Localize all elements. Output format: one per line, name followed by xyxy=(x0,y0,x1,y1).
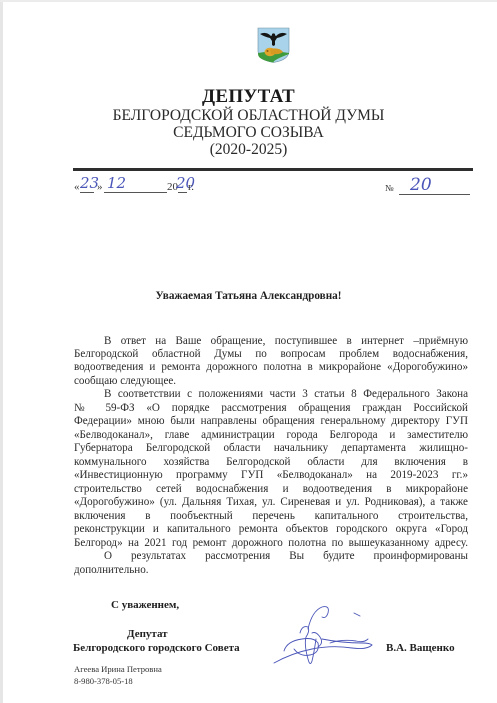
body-line: Белгородской областной Думы по вопросам … xyxy=(74,348,468,361)
body-line: реконструкции и капитального ремонта объ… xyxy=(74,523,468,536)
signer-position-line-1: Депутат xyxy=(127,628,168,640)
date-close-quote: » xyxy=(97,181,103,193)
document-number-handwritten: 20 xyxy=(410,175,432,195)
body-line: «Белводоканал», главе администрации горо… xyxy=(74,429,468,442)
body-line: строительство сетей водоснабжения и водо… xyxy=(74,483,468,496)
header-divider xyxy=(73,168,473,171)
number-label: № xyxy=(385,183,394,193)
header-line-2: СЕДЬМОГО СОЗЫВА xyxy=(0,124,497,142)
executor-phone: 8-980-378-05-18 xyxy=(74,676,133,686)
date-number-row: « 23 » 12 20 20 г. № 20 xyxy=(73,177,473,197)
body-line: коммунального хозяйства Белгородской обл… xyxy=(74,456,468,469)
signer-name: В.А. Ващенко xyxy=(386,642,455,654)
signer-position-line-2: Белгородского городского Совета xyxy=(73,642,240,654)
header-line-3: (2020-2025) xyxy=(0,141,497,159)
closing-regards: С уваженнем, xyxy=(111,599,179,611)
body-line: включения в пообъектный перечень капитал… xyxy=(74,510,468,523)
body-line: Белгород» на 2021 год ремонт дорожного п… xyxy=(74,537,468,550)
year-label: г. xyxy=(188,181,194,193)
greeting: Уважаемая Татьяна Александровна! xyxy=(0,290,497,302)
date-month-handwritten: 12 xyxy=(107,174,126,192)
handwritten-signature-icon xyxy=(272,603,392,673)
body-line: «Инвестиционную программу ГУП «Белводока… xyxy=(74,469,468,482)
body-line: О результатах рассмотрения Вы будите про… xyxy=(104,550,468,563)
header-line-1: БЕЛГОРОДСКОЙ ОБЛАСТНОЙ ДУМЫ xyxy=(0,107,497,125)
body-line: В ответ на Ваше обращение, поступившее в… xyxy=(104,335,468,348)
body-line: В соответствии с положениями части 3 ста… xyxy=(104,388,468,401)
body-line: «Дорогобужино» (ул. Дальняя Тихая, ул. С… xyxy=(74,496,468,509)
body-line: Губернатора Белгородской области начальн… xyxy=(74,442,468,455)
page-top-edge xyxy=(0,0,497,2)
body-line: № 59-ФЗ «О порядке рассмотрения обращени… xyxy=(74,402,468,415)
body-line: сообщаю следующее. xyxy=(74,375,468,388)
coat-of-arms-icon xyxy=(257,27,290,63)
body-line: Федерации» мною были направлены обращени… xyxy=(74,415,468,428)
header-title: ДЕПУТАТ xyxy=(0,86,497,108)
date-open-quote: « xyxy=(74,181,80,193)
body-line: водоотведения и ремонта дорожного полотн… xyxy=(74,361,468,374)
body-line: дополнительно. xyxy=(74,564,468,577)
executor-name: Агеева Ирина Петровна xyxy=(74,664,162,674)
